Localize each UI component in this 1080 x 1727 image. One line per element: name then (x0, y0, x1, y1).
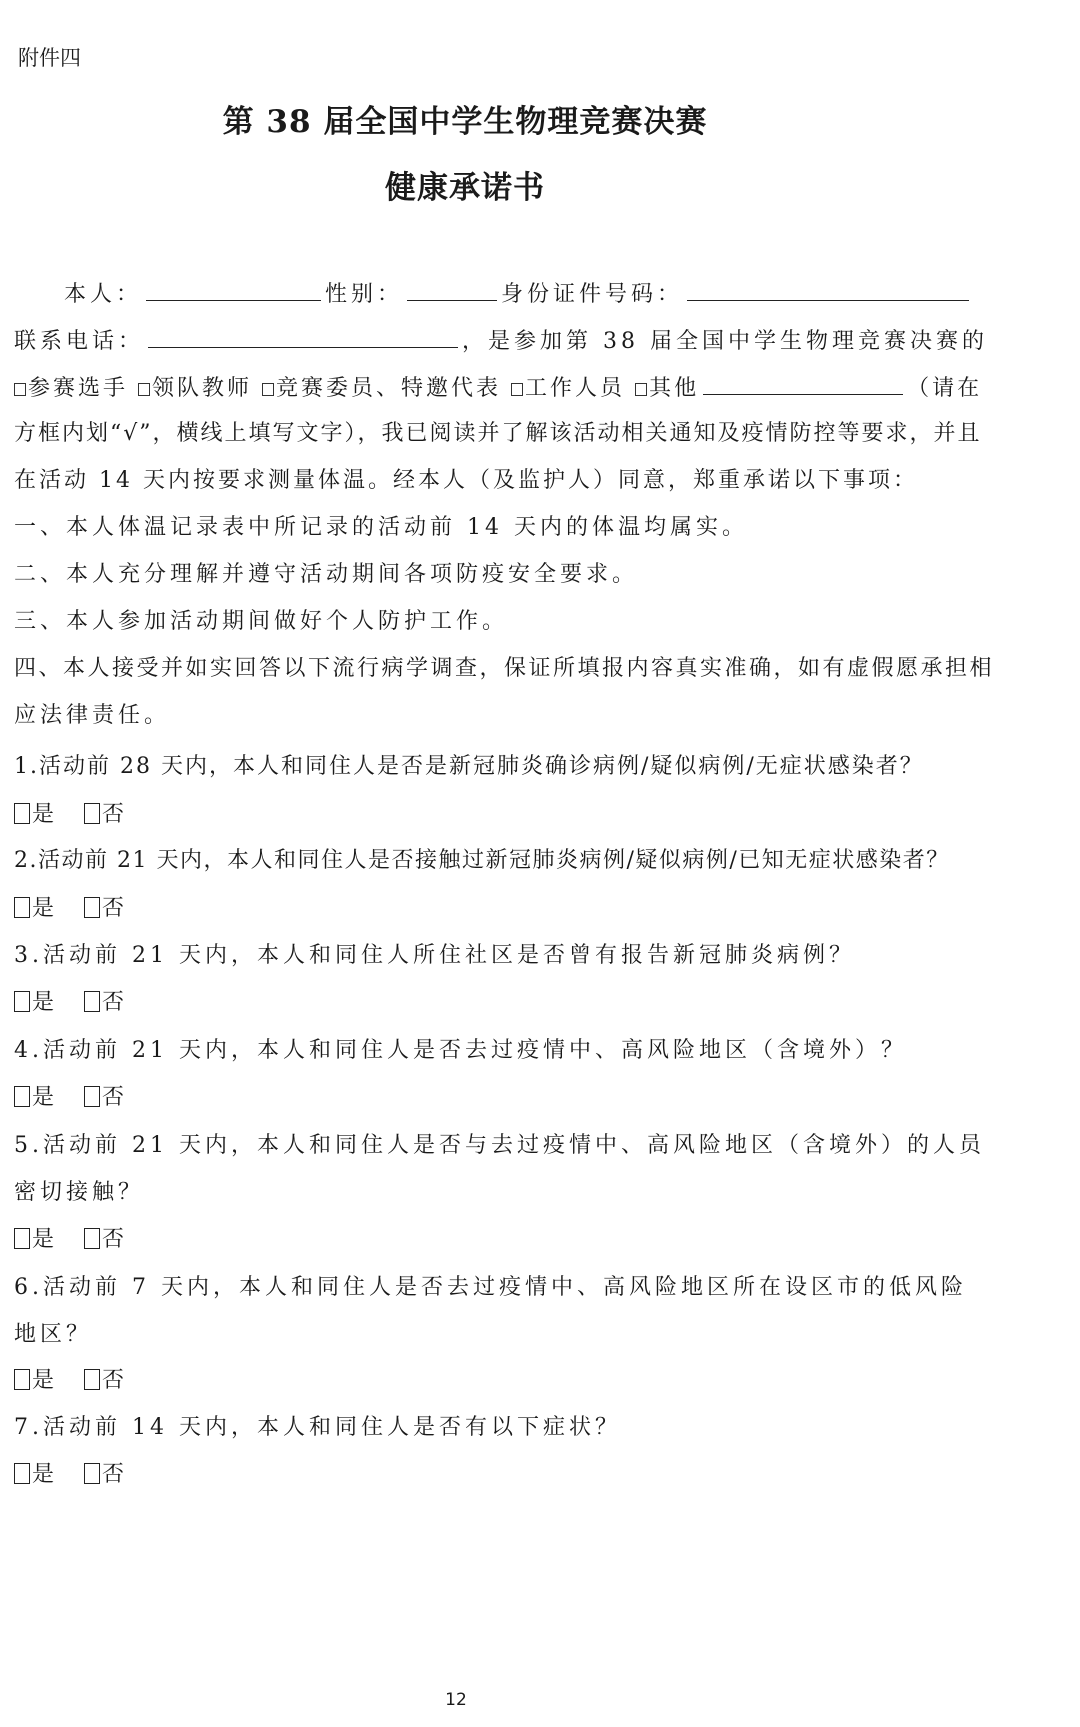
document-title: 第 38 届全国中学生物理竞赛决赛 (0, 96, 930, 141)
option-no[interactable]: 否 (84, 1227, 128, 1252)
option-yes[interactable]: 是 (14, 1462, 58, 1487)
personal-info-line: 本人：性别：身份证件号码： (64, 278, 1080, 310)
question-4: 4.活动前 21 天内，本人和同住人是否去过疫情中、高风险地区（含境外）？ (14, 1036, 1064, 1066)
answer-row-5: 是否 (14, 1225, 1064, 1255)
name-field[interactable] (146, 278, 321, 301)
checkbox-icon[interactable] (14, 1086, 30, 1107)
checkbox-icon[interactable] (84, 1228, 100, 1249)
checkbox-icon[interactable] (14, 897, 30, 918)
option-yes[interactable]: 是 (14, 802, 58, 827)
answer-row-7: 是否 (14, 1460, 1064, 1490)
option-yes[interactable]: 是 (14, 990, 58, 1015)
checkbox-icon[interactable] (262, 383, 274, 396)
phone-suffix: ，是参加第 38 届全国中学生物理竞赛决赛的 (462, 329, 988, 354)
answer-row-4: 是否 (14, 1083, 1064, 1113)
intro-line-2: 在活动 14 天内按要求测量体温。经本人（及监护人）同意，郑重承诺以下事项： (14, 466, 1064, 496)
answer-row-1: 是否 (14, 800, 1064, 830)
answer-row-2: 是否 (14, 894, 1064, 924)
attachment-label: 附件四 (18, 42, 81, 72)
phone-line: 联系电话：，是参加第 38 届全国中学生物理竞赛决赛的 (14, 325, 1064, 357)
other-role-field[interactable] (703, 372, 903, 395)
checkbox-icon[interactable] (14, 803, 30, 824)
answer-row-3: 是否 (14, 988, 1064, 1018)
checkbox-icon[interactable] (84, 803, 100, 824)
page-number: 12 (0, 1690, 912, 1710)
option-yes[interactable]: 是 (14, 1368, 58, 1393)
checkbox-icon[interactable] (14, 1369, 30, 1390)
document-page: 附件四 第 38 届全国中学生物理竞赛决赛 健康承诺书 本人：性别：身份证件号码… (0, 0, 1080, 1727)
checkbox-icon[interactable] (14, 1463, 30, 1484)
checkbox-icon[interactable] (84, 1086, 100, 1107)
question-1: 1.活动前 28 天内，本人和同住人是否是新冠肺炎确诊病例/疑似病例/无症状感染… (14, 752, 1064, 782)
checkbox-icon[interactable] (14, 383, 26, 396)
option-no[interactable]: 否 (84, 1085, 128, 1110)
option-no[interactable]: 否 (84, 802, 128, 827)
question-6: 6.活动前 7 天内，本人和同住人是否去过疫情中、高风险地区所在设区市的低风险 (14, 1273, 1064, 1303)
gender-field[interactable] (407, 278, 497, 301)
roles-suffix: （请在 (907, 376, 982, 401)
pledge-4: 四、本人接受并如实回答以下流行病学调查，保证所填报内容真实准确，如有虚假愿承担相 (14, 654, 1064, 684)
role-options-line: 参赛选手领队教师竞赛委员、特邀代表工作人员其他（请在 (14, 372, 1064, 404)
question-6-cont: 地区？ (14, 1320, 1064, 1350)
checkbox-icon[interactable] (635, 383, 647, 396)
gender-label: 性别： (325, 282, 403, 307)
checkbox-icon[interactable] (84, 1369, 100, 1390)
option-no[interactable]: 否 (84, 1462, 128, 1487)
id-label: 身份证件号码： (501, 282, 683, 307)
checkbox-icon[interactable] (14, 1228, 30, 1249)
role-option-contestant[interactable]: 参赛选手 (14, 376, 128, 401)
question-5: 5.活动前 21 天内，本人和同住人是否与去过疫情中、高风险地区（含境外）的人员 (14, 1131, 1064, 1161)
option-yes[interactable]: 是 (14, 1227, 58, 1252)
role-option-other[interactable]: 其他 (635, 376, 699, 401)
id-number-field[interactable] (687, 278, 969, 301)
checkbox-icon[interactable] (84, 991, 100, 1012)
name-label: 本人： (64, 282, 142, 307)
pledge-2: 二、本人充分理解并遵守活动期间各项防疫安全要求。 (14, 560, 1064, 590)
option-no[interactable]: 否 (84, 990, 128, 1015)
document-subtitle: 健康承诺书 (0, 162, 930, 207)
checkbox-icon[interactable] (511, 383, 523, 396)
phone-field[interactable] (148, 325, 458, 348)
option-yes[interactable]: 是 (14, 896, 58, 921)
role-option-committee[interactable]: 竞赛委员、特邀代表 (262, 376, 501, 401)
pledge-1: 一、本人体温记录表中所记录的活动前 14 天内的体温均属实。 (14, 513, 1064, 543)
checkbox-icon[interactable] (84, 1463, 100, 1484)
option-no[interactable]: 否 (84, 1368, 128, 1393)
question-7: 7.活动前 14 天内，本人和同住人是否有以下症状？ (14, 1413, 1064, 1443)
checkbox-icon[interactable] (138, 383, 150, 396)
question-3: 3.活动前 21 天内，本人和同住人所住社区是否曾有报告新冠肺炎病例？ (14, 941, 1064, 971)
checkbox-icon[interactable] (84, 897, 100, 918)
intro-line-1: 方框内划“√”，横线上填写文字），我已阅读并了解该活动相关通知及疫情防控等要求，… (14, 419, 1064, 449)
checkbox-icon[interactable] (14, 991, 30, 1012)
role-option-staff[interactable]: 工作人员 (511, 376, 625, 401)
pledge-3: 三、本人参加活动期间做好个人防护工作。 (14, 607, 1064, 637)
pledge-4-cont: 应法律责任。 (14, 701, 1064, 731)
question-2: 2.活动前 21 天内，本人和同住人是否接触过新冠肺炎病例/疑似病例/已知无症状… (14, 846, 1064, 876)
role-option-team-leader[interactable]: 领队教师 (138, 376, 252, 401)
option-yes[interactable]: 是 (14, 1085, 58, 1110)
question-5-cont: 密切接触？ (14, 1178, 1064, 1208)
phone-label: 联系电话： (14, 329, 144, 354)
option-no[interactable]: 否 (84, 896, 128, 921)
answer-row-6: 是否 (14, 1366, 1064, 1396)
